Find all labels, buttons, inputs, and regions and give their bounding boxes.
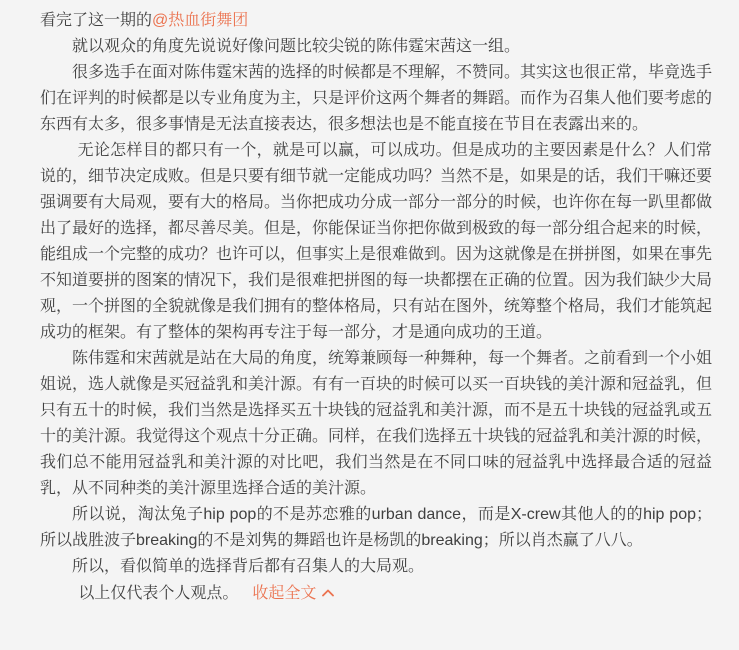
intro-text: 看完了这一期的: [40, 12, 152, 29]
post-body: 看完了这一期的@热血街舞团 就以观众的角度先说说好像问题比较尖锐的陈伟霆宋茜这一…: [0, 0, 739, 607]
post-paragraph: 很多选手在面对陈伟霆宋茜的选择的时候都是不理解，不赞同。其实这也很正常，毕竟选手…: [40, 60, 712, 138]
collapse-label: 收起全文: [252, 585, 316, 602]
post-paragraph: 所以，看似简单的选择背后都有召集人的大局观。: [40, 554, 712, 580]
post-paragraph: 陈伟霆和宋茜就是站在大局的角度，统筹兼顾每一种舞种，每一个舞者。之前看到一个小姐…: [40, 346, 712, 502]
post-intro-line: 看完了这一期的@热血街舞团: [40, 8, 712, 34]
mention-link[interactable]: @热血街舞团: [152, 12, 248, 29]
collapse-link[interactable]: 收起全文: [252, 585, 334, 602]
post-paragraph: 无论怎样目的都只有一个，就是可以赢，可以成功。但是成功的主要因素是什么？人们常说…: [40, 138, 712, 346]
disclaimer-text: 以上仅代表个人观点。: [78, 585, 238, 602]
post-paragraph: 就以观众的角度先说说好像问题比较尖锐的陈伟霆宋茜这一组。: [40, 34, 712, 60]
post-paragraph: 所以说，淘汰兔子hip pop的不是苏恋雅的urban dance，而是X-cr…: [40, 502, 712, 554]
post-footer-line: 以上仅代表个人观点。收起全文: [40, 580, 712, 607]
chevron-up-icon: [322, 580, 334, 606]
